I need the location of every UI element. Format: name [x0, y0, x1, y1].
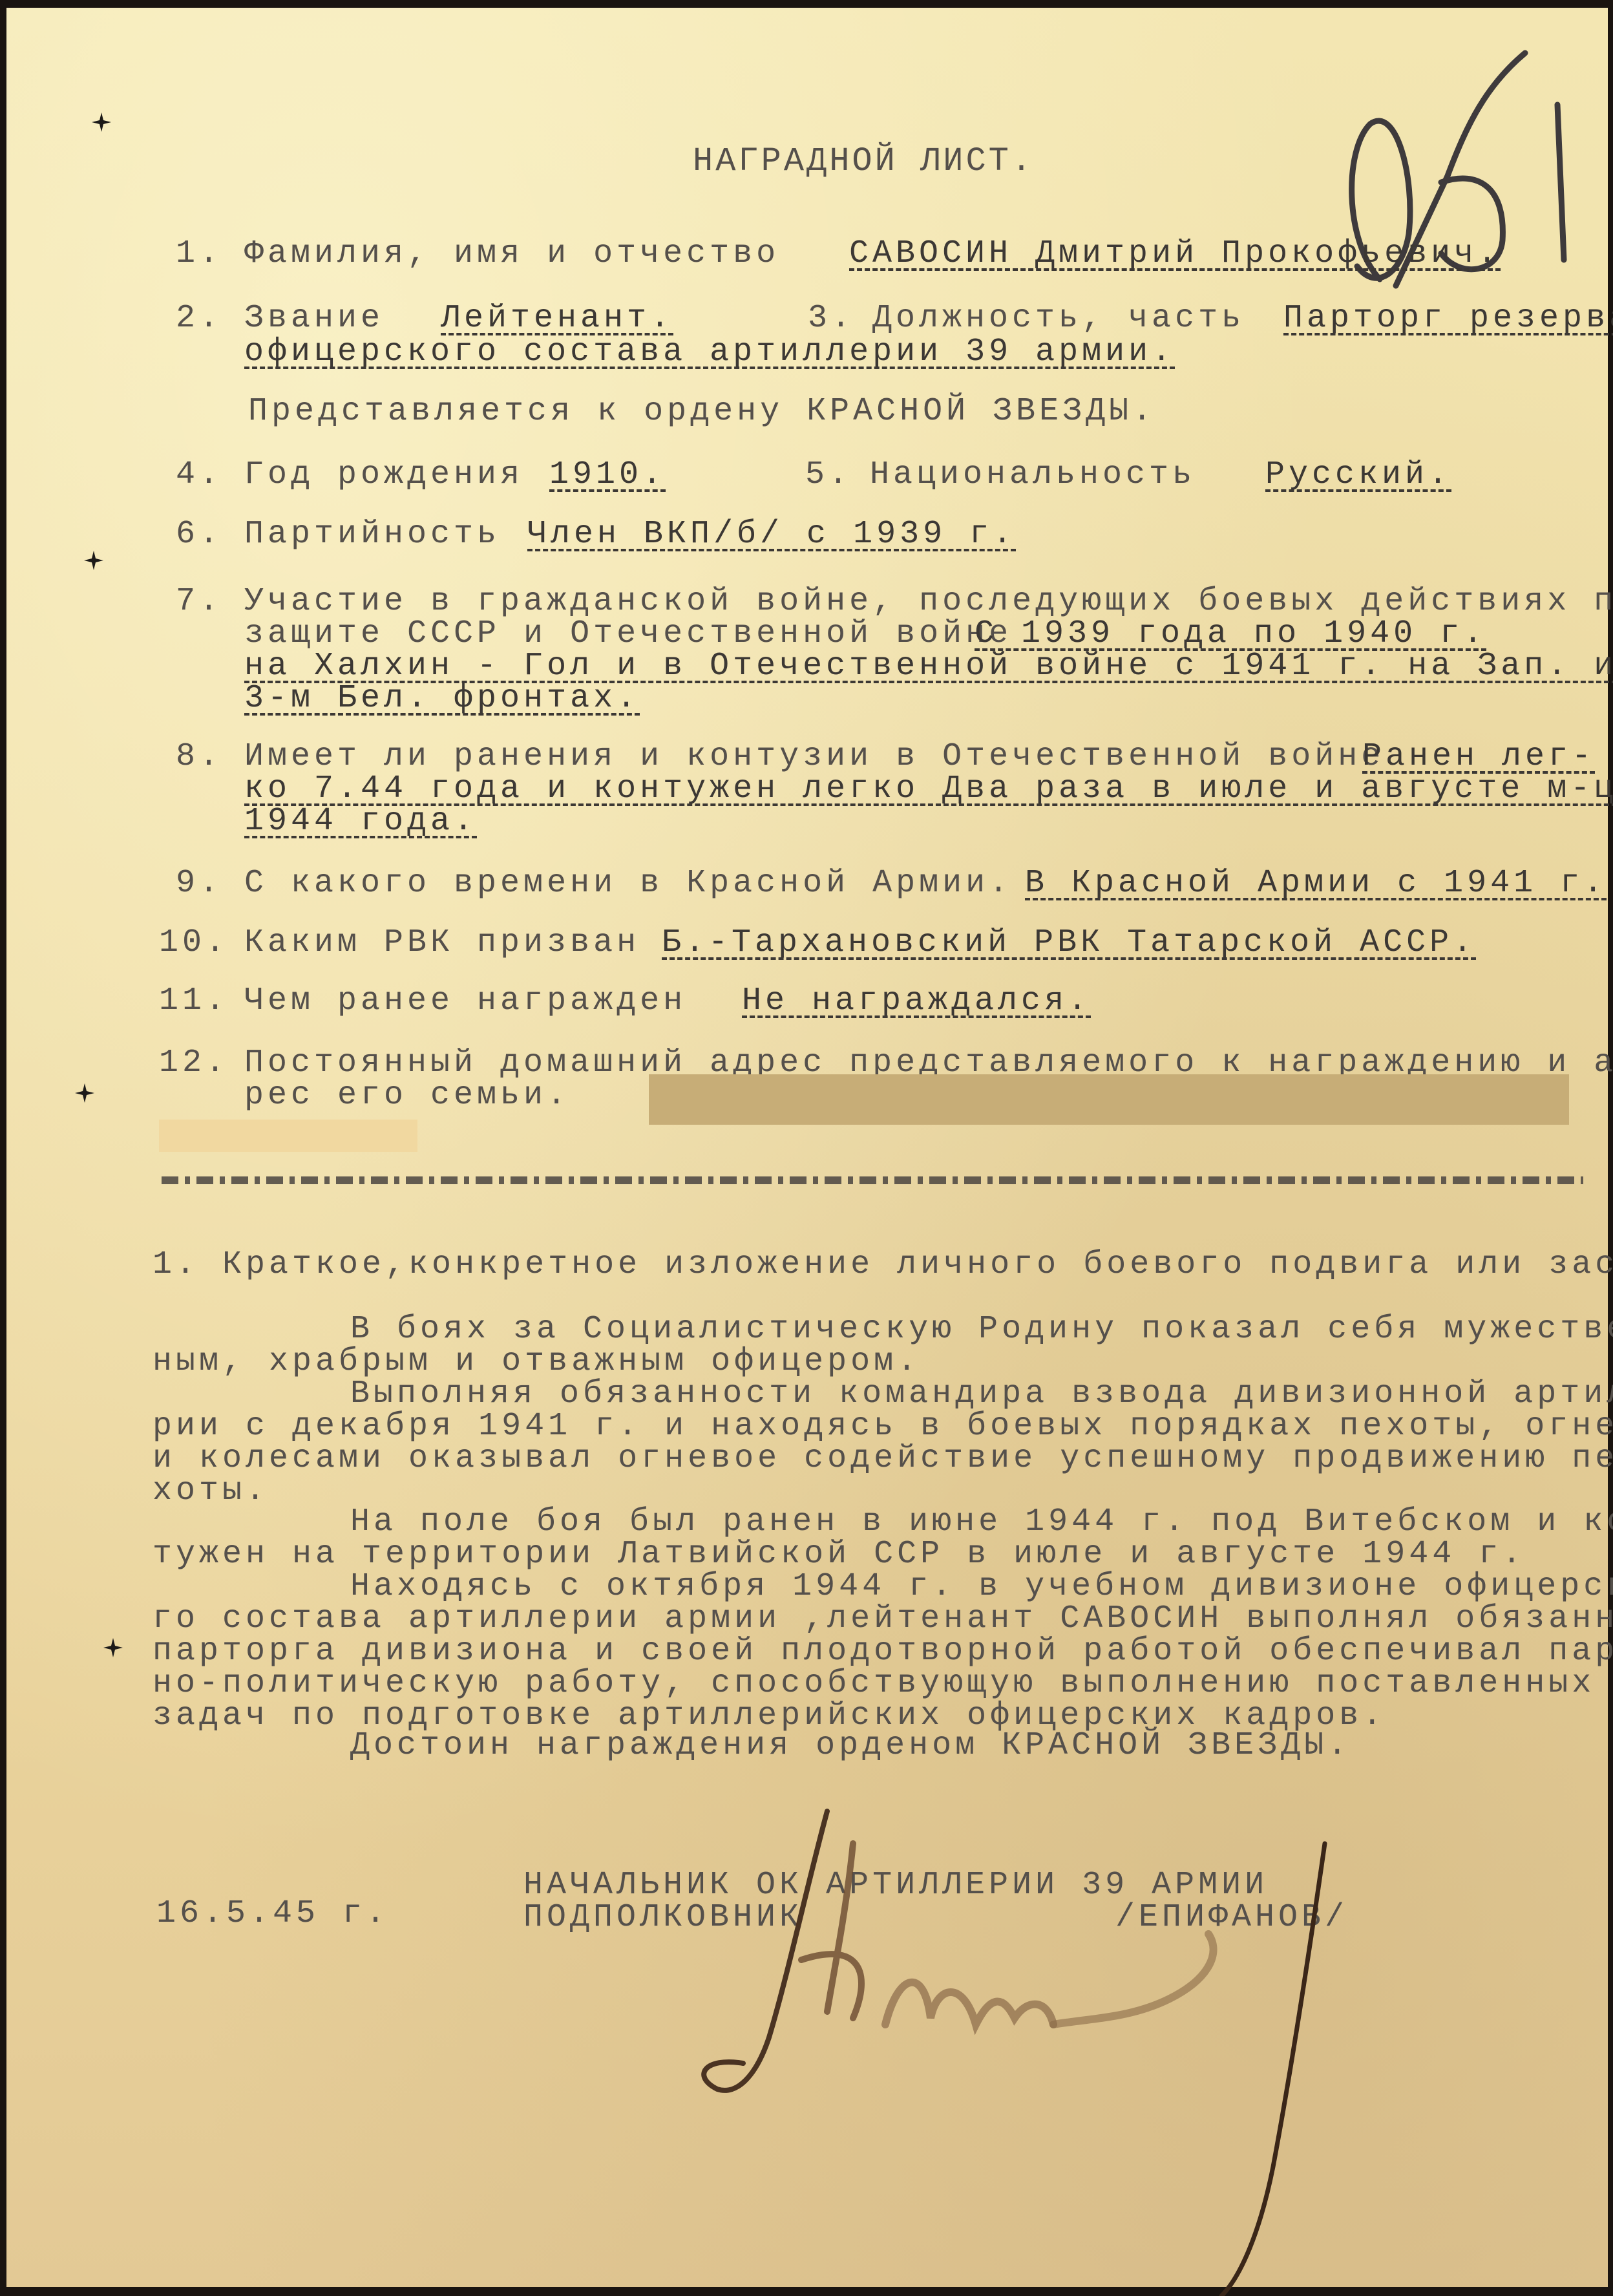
- field-5-value: Русский.: [1265, 459, 1451, 491]
- field-1-label: Фамилия, имя и отчество: [244, 238, 779, 270]
- field-3-value-cont: офицерского состава артиллерии 39 армии.: [244, 336, 1175, 368]
- document-title: НАГРАДНОЙ ЛИСТ.: [693, 145, 1034, 178]
- field-11-value: Не награждался.: [742, 985, 1091, 1017]
- field-4-value: 1910.: [549, 459, 666, 491]
- punch-hole-mark: [90, 111, 112, 133]
- narrative-line: го состава артиллерии армии ,лейтенант С…: [153, 1603, 1613, 1635]
- field-6-label: Партийность: [244, 518, 500, 551]
- narrative-line: парторга дивизиона и своей плодотворной …: [153, 1635, 1613, 1668]
- field-8-value-line-3: 1944 года.: [244, 805, 477, 838]
- field-7-label-line-1: Участие в гражданской войне, последующих…: [244, 586, 1613, 618]
- field-9-value: В Красной Армии с 1941 г.: [1025, 867, 1607, 900]
- field-7-value-line-3: 3-м Бел. фронтах.: [244, 683, 640, 715]
- field-3-value: Парторг резерва: [1283, 303, 1613, 335]
- field-8-number: 8.: [176, 741, 222, 773]
- narrative-line: На поле боя был ранен в июне 1944 г. под…: [350, 1506, 1613, 1538]
- field-9-label: С какого времени в Красной Армии.: [244, 867, 1012, 900]
- punch-hole-mark: [83, 549, 105, 571]
- field-6-value: Член ВКП/б/ с 1939 г.: [527, 518, 1016, 551]
- narrative-line: Находясь с октября 1944 г. в учебном див…: [350, 1571, 1613, 1603]
- field-2-number: 2.: [176, 303, 222, 335]
- field-1-value: САВОСИН Дмитрий Прокофьевич.: [849, 238, 1501, 270]
- field-5-label: Национальность: [870, 459, 1196, 491]
- field-8-label: Имеет ли ранения и контузии в Отечествен…: [244, 741, 1384, 773]
- field-5-number: 5.: [805, 459, 852, 491]
- field-12-label-line-2: рес его семьи.: [244, 1079, 570, 1112]
- field-6-number: 6.: [176, 518, 222, 551]
- narrative-line: но-политическую работу, способствующую в…: [153, 1668, 1595, 1700]
- field-4-label: Год рождения: [244, 459, 523, 491]
- narrative-line: Выполняя обязанности командира взвода ди…: [350, 1378, 1613, 1410]
- field-3-number: 3.: [808, 303, 854, 335]
- field-7-number: 7.: [176, 586, 222, 618]
- handwritten-signature: [640, 1805, 1519, 2293]
- field-11-number: 11.: [159, 985, 229, 1017]
- narrative-line: тужен на территории Латвийской ССР в июл…: [153, 1538, 1525, 1571]
- field-10-number: 10.: [159, 927, 229, 959]
- field-3-label: Должность, часть: [872, 303, 1245, 335]
- field-11-label: Чем ранее награжден: [244, 985, 686, 1017]
- nomination-line: Представляется к ордену КРАСНОЙ ЗВЕЗДЫ.: [248, 396, 1155, 428]
- field-4-number: 4.: [176, 459, 222, 491]
- field-2-value: Лейтенант.: [441, 303, 673, 335]
- field-12-number: 12.: [159, 1047, 229, 1079]
- redacted-address-block: [649, 1074, 1569, 1125]
- dashed-separator: [162, 1176, 1583, 1184]
- document-date: 16.5.45 г.: [156, 1898, 389, 1930]
- field-8-value-line-2: ко 7.44 года и контужен легко Два раза в…: [244, 773, 1613, 805]
- field-7-label-line-2: защите СССР и Отечественной войне: [244, 618, 1012, 650]
- field-7-value-line-2: на Халхин - Гол и в Отечественной войне …: [244, 650, 1613, 683]
- narrative-line: хоты.: [153, 1475, 269, 1507]
- narrative-line: ным, храбрым и отважным офицером.: [153, 1346, 920, 1378]
- field-1-number: 1.: [176, 238, 222, 270]
- narrative-line: рии с декабря 1941 г. и находясь в боевы…: [153, 1410, 1613, 1443]
- field-7-value-line-1: С 1939 года по 1940 г.: [975, 618, 1486, 650]
- narrative-line: Достоин награждения орденом КРАСНОЙ ЗВЕЗ…: [350, 1730, 1351, 1762]
- field-9-number: 9.: [176, 867, 222, 900]
- field-8-value-line-1: Ранен лег-: [1362, 741, 1595, 773]
- narrative-line: и колесами оказывал огневое содействие у…: [153, 1443, 1613, 1475]
- punch-hole-mark: [74, 1082, 96, 1104]
- punch-hole-mark: [102, 1637, 124, 1659]
- field-10-label: Каким РВК призван: [244, 927, 640, 959]
- section-heading: 1. Краткое,конкретное изложение личного …: [153, 1249, 1613, 1281]
- narrative-line: В боях за Социалистическую Родину показа…: [350, 1313, 1613, 1346]
- field-10-value: Б.-Тархановский РВК Татарской АССР.: [662, 927, 1476, 959]
- redacted-address-block-small: [159, 1120, 417, 1152]
- award-sheet: НАГРАДНОЙ ЛИСТ. 1. Фамилия, имя и отчест…: [6, 8, 1608, 2287]
